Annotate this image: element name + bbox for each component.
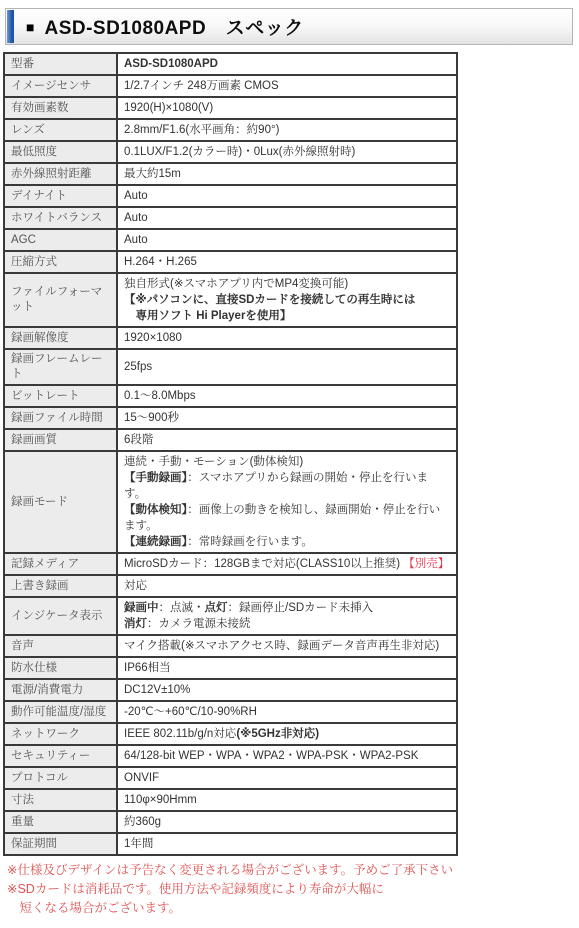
footnote-line: 短くなる場合がございます。	[7, 899, 579, 918]
table-row: 寸法110φ×90Hmm	[4, 789, 457, 811]
spec-label: 防水仕様	[4, 657, 117, 679]
spec-label: 録画フレームレート	[4, 349, 117, 385]
spec-table-body: 型番ASD-SD1080APDイメージセンサ1/2.7インチ 248万画素 CM…	[4, 53, 457, 855]
spec-label: 録画画質	[4, 429, 117, 451]
spec-value-line: -20℃～+60℃/10-90%RH	[124, 704, 450, 720]
spec-value: DC12V±10%	[117, 679, 457, 701]
spec-label: レンズ	[4, 119, 117, 141]
spec-label: 上書き録画	[4, 575, 117, 597]
spec-value: ONVIF	[117, 767, 457, 789]
table-row: 赤外線照射距離最大約15m	[4, 163, 457, 185]
spec-value: 対応	[117, 575, 457, 597]
spec-label: 録画解像度	[4, 327, 117, 349]
spec-value-line: 1/2.7インチ 248万画素 CMOS	[124, 78, 450, 94]
page-title: ASD-SD1080APD スペック	[44, 13, 303, 40]
spec-value: 0.1～8.0Mbps	[117, 385, 457, 407]
spec-value-line: マイク搭載(※スマホアクセス時、録画データ音声再生非対応)	[124, 638, 450, 654]
spec-value: Auto	[117, 207, 457, 229]
spec-value-line: 0.1～8.0Mbps	[124, 388, 450, 404]
spec-value-line: 独自形式(※スマホアプリ内でMP4変換可能)	[124, 276, 450, 292]
spec-value: 64/128-bit WEP・WPA・WPA2・WPA-PSK・WPA2-PSK	[117, 745, 457, 767]
spec-label: 寸法	[4, 789, 117, 811]
spec-value: 独自形式(※スマホアプリ内でMP4変換可能)【※パソコンに、直接SDカードを接続…	[117, 273, 457, 327]
spec-value-line: Auto	[124, 210, 450, 226]
spec-value-line: 連続・手動・モーション(動体検知)	[124, 454, 450, 470]
spec-value-line: MicroSDカード：128GBまで対応(CLASS10以上推奨) 【別売】	[124, 556, 450, 572]
spec-value: Auto	[117, 229, 457, 251]
spec-value-line: 録画中：点滅・点灯：録画停止/SDカード未挿入	[124, 600, 450, 616]
spec-value: IEEE 802.11b/g/n対応(※5GHz非対応)	[117, 723, 457, 745]
spec-label: 赤外線照射距離	[4, 163, 117, 185]
table-row: 録画画質6段階	[4, 429, 457, 451]
spec-label: 音声	[4, 635, 117, 657]
table-row: インジケータ表示録画中：点滅・点灯：録画停止/SDカード未挿入消灯：カメラ電源未…	[4, 597, 457, 635]
spec-value-line: IEEE 802.11b/g/n対応(※5GHz非対応)	[124, 726, 450, 742]
spec-table: 型番ASD-SD1080APDイメージセンサ1/2.7インチ 248万画素 CM…	[3, 52, 458, 856]
table-row: ファイルフォーマット独自形式(※スマホアプリ内でMP4変換可能)【※パソコンに、…	[4, 273, 457, 327]
spec-value-line: 2.8mm/F1.6(水平画角：約90°)	[124, 122, 450, 138]
spec-value: 最大約15m	[117, 163, 457, 185]
spec-label: デイナイト	[4, 185, 117, 207]
table-row: デイナイトAuto	[4, 185, 457, 207]
spec-value-line: 1920(H)×1080(V)	[124, 100, 450, 116]
spec-label: 電源/消費電力	[4, 679, 117, 701]
accent-bar	[7, 10, 14, 43]
spec-value-line: 対応	[124, 578, 450, 594]
spec-label: 録画モード	[4, 451, 117, 553]
table-row: 上書き録画対応	[4, 575, 457, 597]
spec-value: 15～900秒	[117, 407, 457, 429]
spec-value: 25fps	[117, 349, 457, 385]
table-row: 圧縮方式H.264・H.265	[4, 251, 457, 273]
table-row: セキュリティー64/128-bit WEP・WPA・WPA2・WPA-PSK・W…	[4, 745, 457, 767]
spec-value: Auto	[117, 185, 457, 207]
spec-value-line: 25fps	[124, 359, 450, 375]
table-row: 動作可能温度/湿度-20℃～+60℃/10-90%RH	[4, 701, 457, 723]
footnotes: ※仕様及びデザインは予告なく変更される場合がございます。予めご了承下さい※SDカ…	[7, 861, 579, 918]
spec-value: -20℃～+60℃/10-90%RH	[117, 701, 457, 723]
spec-label: 記録メディア	[4, 553, 117, 575]
spec-value-line: Auto	[124, 232, 450, 248]
spec-value: マイク搭載(※スマホアクセス時、録画データ音声再生非対応)	[117, 635, 457, 657]
table-row: 有効画素数1920(H)×1080(V)	[4, 97, 457, 119]
footnote-line: ※仕様及びデザインは予告なく変更される場合がございます。予めご了承下さい	[7, 861, 579, 880]
spec-value: 約360g	[117, 811, 457, 833]
spec-value-line: ONVIF	[124, 770, 450, 786]
spec-value-line: 【動体検知】：画像上の動きを検知し、録画開始・停止を行います。	[124, 502, 450, 534]
spec-value-line: ASD-SD1080APD	[124, 56, 450, 72]
spec-value: 1920(H)×1080(V)	[117, 97, 457, 119]
table-row: ビットレート0.1～8.0Mbps	[4, 385, 457, 407]
spec-label: インジケータ表示	[4, 597, 117, 635]
spec-value-line: 専用ソフト Hi Playerを使用】	[124, 308, 450, 324]
spec-value: MicroSDカード：128GBまで対応(CLASS10以上推奨) 【別売】	[117, 553, 457, 575]
table-row: ネットワークIEEE 802.11b/g/n対応(※5GHz非対応)	[4, 723, 457, 745]
spec-value: 6段階	[117, 429, 457, 451]
table-row: 最低照度0.1LUX/F1.2(カラー時)・0Lux(赤外線照射時)	[4, 141, 457, 163]
spec-label: 型番	[4, 53, 117, 75]
spec-value-line: DC12V±10%	[124, 682, 450, 698]
spec-label: 有効画素数	[4, 97, 117, 119]
spec-label: AGC	[4, 229, 117, 251]
table-row: 電源/消費電力DC12V±10%	[4, 679, 457, 701]
table-row: イメージセンサ1/2.7インチ 248万画素 CMOS	[4, 75, 457, 97]
table-row: 記録メディアMicroSDカード：128GBまで対応(CLASS10以上推奨) …	[4, 553, 457, 575]
footnote-line: ※SDカードは消耗品です。使用方法や記録頻度により寿命が大幅に	[7, 880, 579, 899]
spec-value: 2.8mm/F1.6(水平画角：約90°)	[117, 119, 457, 141]
spec-value-line: 消灯：カメラ電源未接続	[124, 616, 450, 632]
spec-label: 動作可能温度/湿度	[4, 701, 117, 723]
table-row: 型番ASD-SD1080APD	[4, 53, 457, 75]
table-row: プロトコルONVIF	[4, 767, 457, 789]
spec-label: ファイルフォーマット	[4, 273, 117, 327]
square-bullet-icon: ■	[26, 20, 34, 34]
spec-label: 最低照度	[4, 141, 117, 163]
spec-value: 0.1LUX/F1.2(カラー時)・0Lux(赤外線照射時)	[117, 141, 457, 163]
spec-label: イメージセンサ	[4, 75, 117, 97]
table-row: 録画フレームレート25fps	[4, 349, 457, 385]
spec-label: プロトコル	[4, 767, 117, 789]
spec-value: IP66相当	[117, 657, 457, 679]
spec-label: ビットレート	[4, 385, 117, 407]
spec-value: 110φ×90Hmm	[117, 789, 457, 811]
table-row: 録画ファイル時間15～900秒	[4, 407, 457, 429]
spec-value-line: 110φ×90Hmm	[124, 792, 450, 808]
table-row: 音声マイク搭載(※スマホアクセス時、録画データ音声再生非対応)	[4, 635, 457, 657]
spec-value-line: Auto	[124, 188, 450, 204]
spec-value-line: 64/128-bit WEP・WPA・WPA2・WPA-PSK・WPA2-PSK	[124, 748, 450, 764]
spec-value-line: 6段階	[124, 432, 450, 448]
table-row: ホワイトバランスAuto	[4, 207, 457, 229]
spec-value-line: 【手動録画】：スマホアプリから録画の開始・停止を行います。	[124, 470, 450, 502]
table-row: AGCAuto	[4, 229, 457, 251]
page-header: ■ ASD-SD1080APD スペック	[5, 8, 573, 45]
table-row: レンズ2.8mm/F1.6(水平画角：約90°)	[4, 119, 457, 141]
spec-value: 1/2.7インチ 248万画素 CMOS	[117, 75, 457, 97]
spec-value-line: 15～900秒	[124, 410, 450, 426]
spec-value-line: IP66相当	[124, 660, 450, 676]
spec-value: 録画中：点滅・点灯：録画停止/SDカード未挿入消灯：カメラ電源未接続	[117, 597, 457, 635]
spec-label: セキュリティー	[4, 745, 117, 767]
spec-label: 保証期間	[4, 833, 117, 855]
spec-value-line: 0.1LUX/F1.2(カラー時)・0Lux(赤外線照射時)	[124, 144, 450, 160]
table-row: 重量約360g	[4, 811, 457, 833]
spec-value-line: H.264・H.265	[124, 254, 450, 270]
spec-value-line: 【※パソコンに、直接SDカードを接続しての再生時には	[124, 292, 450, 308]
spec-value-line: 1920×1080	[124, 330, 450, 346]
table-row: 録画モード連続・手動・モーション(動体検知)【手動録画】：スマホアプリから録画の…	[4, 451, 457, 553]
table-row: 防水仕様IP66相当	[4, 657, 457, 679]
spec-label: 重量	[4, 811, 117, 833]
spec-value: ASD-SD1080APD	[117, 53, 457, 75]
spec-value: 連続・手動・モーション(動体検知)【手動録画】：スマホアプリから録画の開始・停止…	[117, 451, 457, 553]
spec-value: H.264・H.265	[117, 251, 457, 273]
spec-value-line: 1年間	[124, 836, 450, 852]
spec-label: 録画ファイル時間	[4, 407, 117, 429]
spec-value: 1年間	[117, 833, 457, 855]
spec-value-line: 【連続録画】：常時録画を行います。	[124, 534, 450, 550]
spec-label: ネットワーク	[4, 723, 117, 745]
spec-label: ホワイトバランス	[4, 207, 117, 229]
table-row: 録画解像度1920×1080	[4, 327, 457, 349]
table-row: 保証期間1年間	[4, 833, 457, 855]
spec-value: 1920×1080	[117, 327, 457, 349]
spec-label: 圧縮方式	[4, 251, 117, 273]
spec-value-line: 約360g	[124, 814, 450, 830]
spec-value-line: 最大約15m	[124, 166, 450, 182]
